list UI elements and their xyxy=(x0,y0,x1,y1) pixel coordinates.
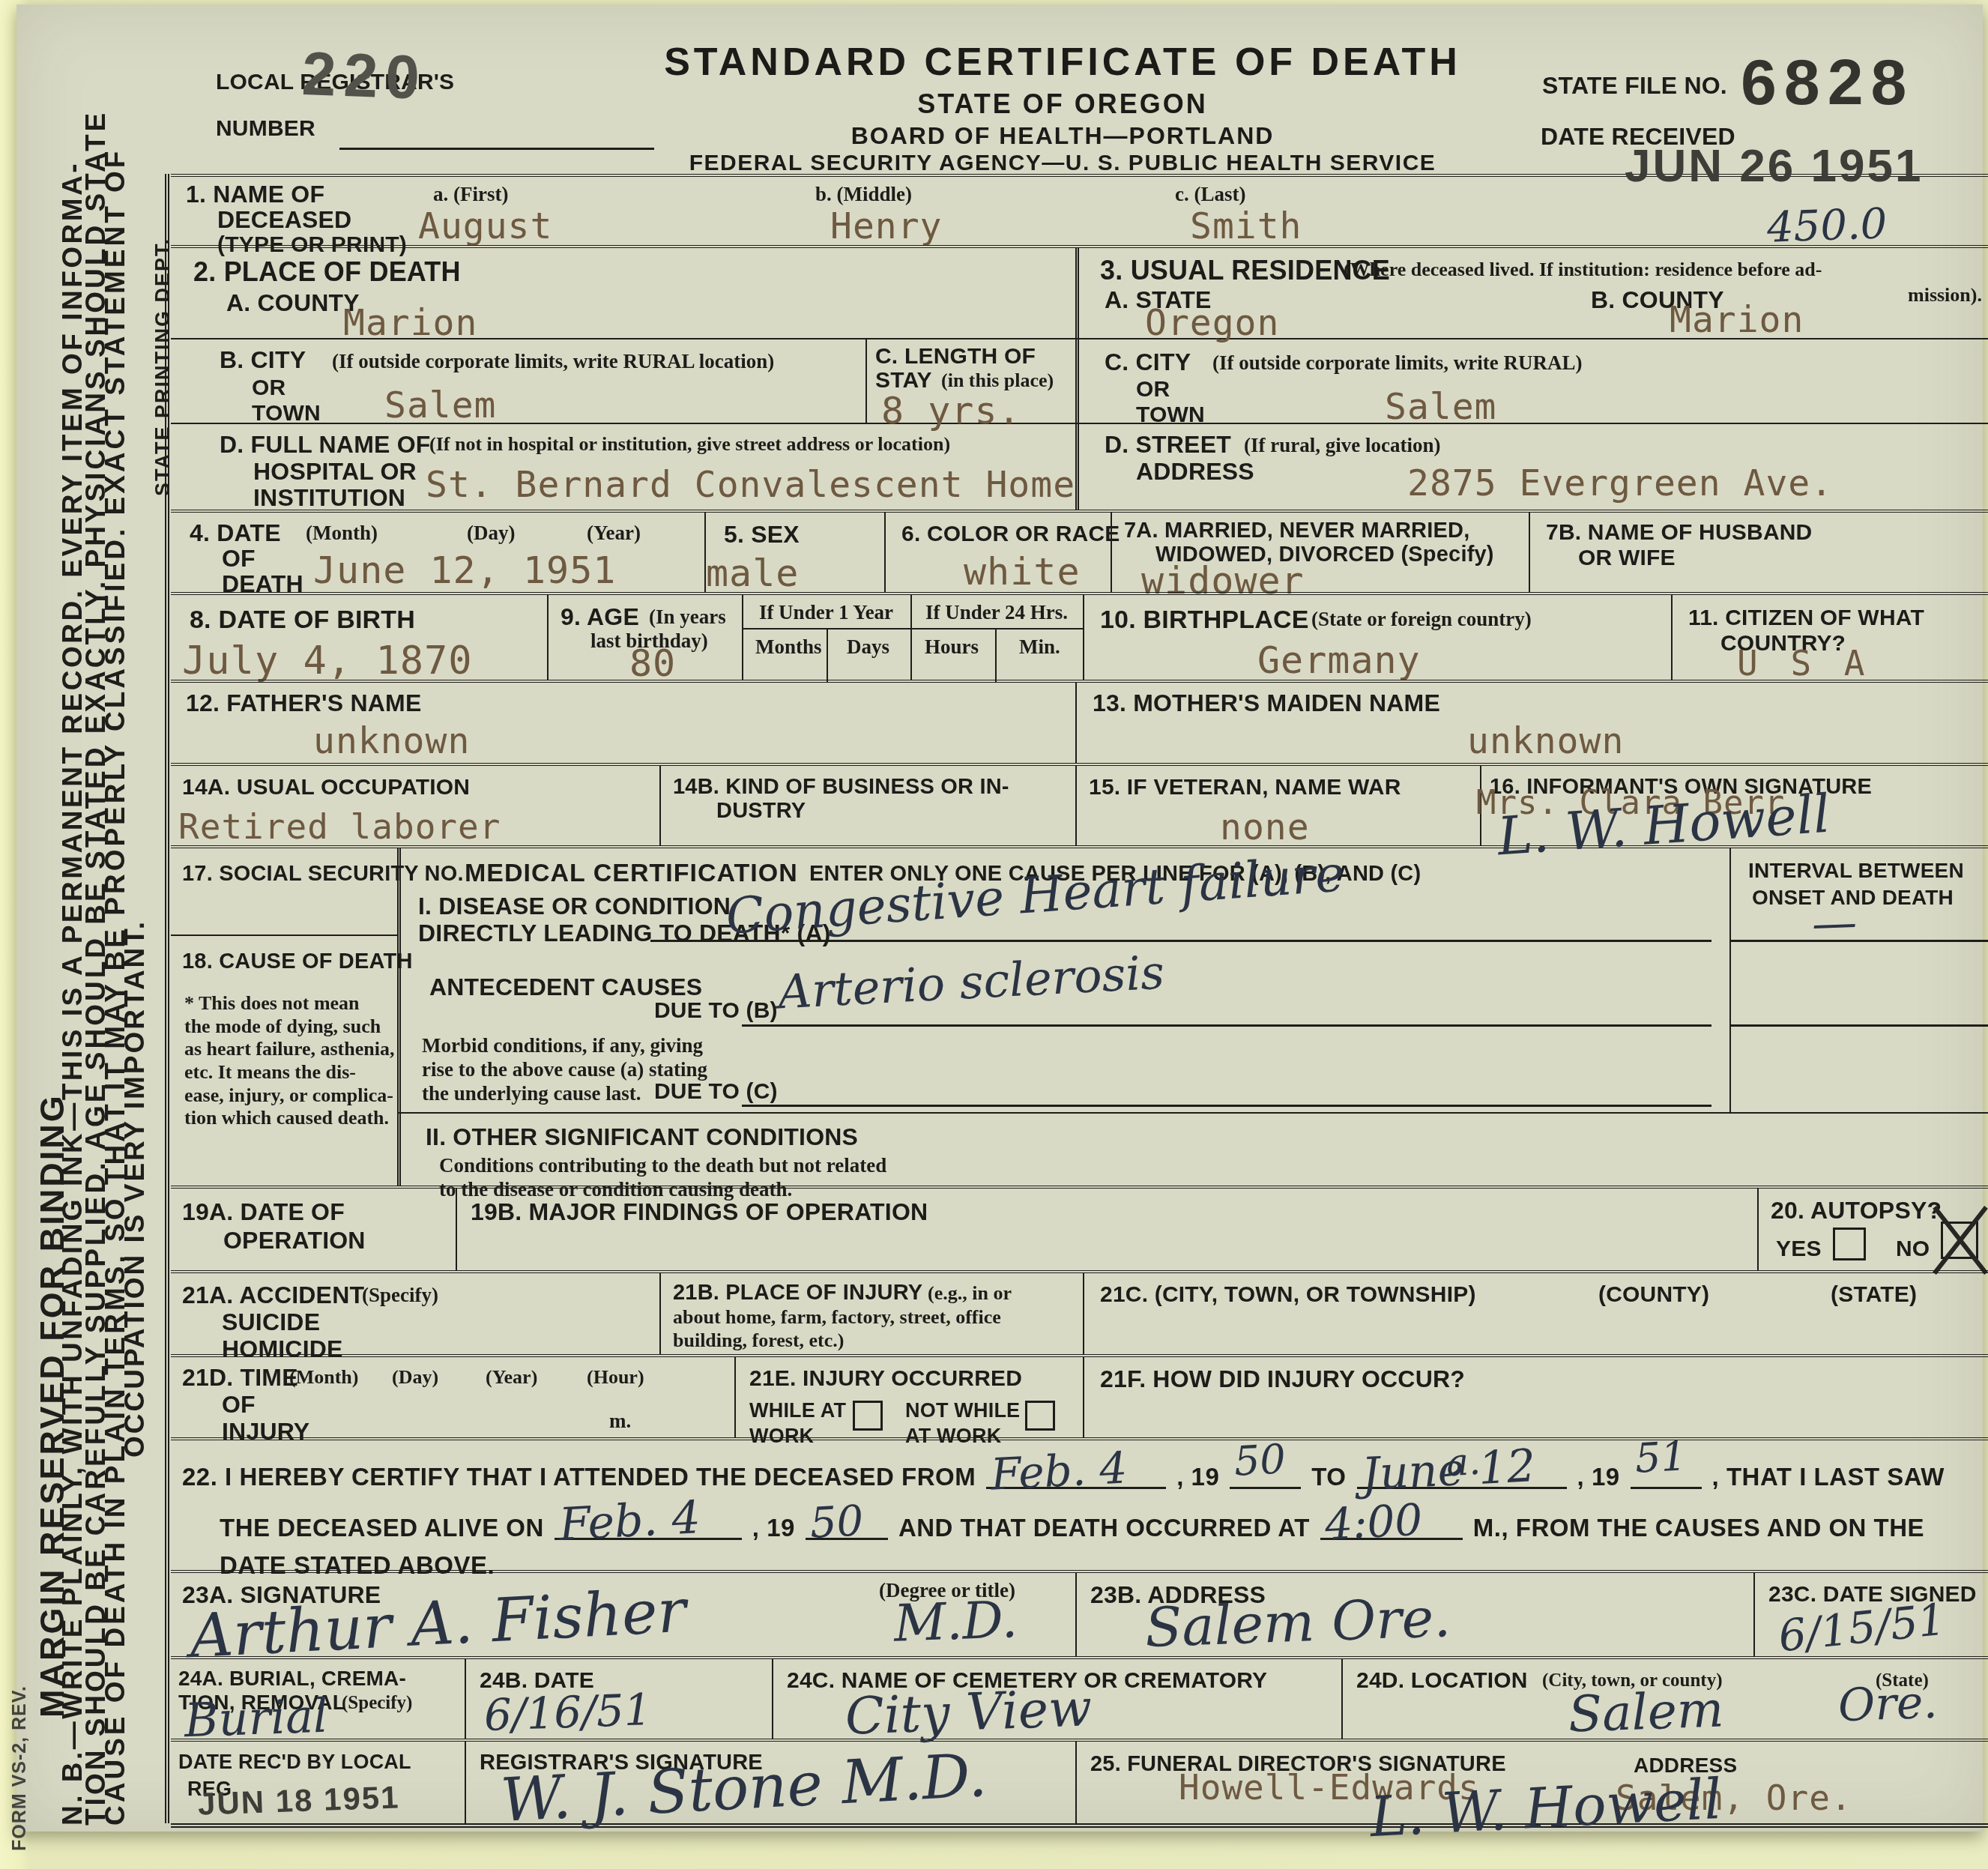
certify-line-1: 22. I HEREBY CERTIFY THAT I ATTENDED THE… xyxy=(182,1455,1945,1489)
injury-place-label: 21B. PLACE OF INJURY xyxy=(673,1281,922,1305)
margin-note-4: OCCUPATION IS VERY IMPORTANT. xyxy=(119,920,151,1458)
state-subtitle: STATE OF OREGON xyxy=(561,91,1565,118)
last-name-value: Smith xyxy=(1190,208,1302,244)
ssn-label: 17. SOCIAL SECURITY NO. xyxy=(182,862,464,886)
birthplace-hint: (State or foreign country) xyxy=(1311,608,1532,632)
injury-hour-hint: (Hour) xyxy=(587,1366,644,1389)
number-label: NUMBER xyxy=(216,116,315,142)
death-city-value: Salem xyxy=(384,387,497,423)
row-registrar-funeral: DATE REC'D BY LOCAL REG. JUN 18 1951 REG… xyxy=(171,1739,1988,1823)
divider-registrar-funeral xyxy=(1075,1742,1077,1823)
death-city-or: OR xyxy=(252,375,285,401)
burial-location-label: 24D. LOCATION xyxy=(1356,1668,1528,1694)
injury-county-label: (COUNTY) xyxy=(1598,1282,1709,1308)
certify-text-8: AND THAT DEATH OCCURRED AT xyxy=(898,1515,1310,1540)
race-value: white xyxy=(964,553,1081,591)
residence-city-or: OR xyxy=(1136,377,1170,402)
burial-specify-hint: (Specify) xyxy=(342,1692,412,1715)
first-name-hint: a. (First) xyxy=(433,183,508,207)
physician-address-value: Salem Ore. xyxy=(1144,1590,1451,1655)
death-date-value: June 12, 1951 xyxy=(313,552,616,589)
form-left-rule xyxy=(165,174,169,1823)
operation-findings-label: 19B. MAJOR FINDINGS OF OPERATION xyxy=(471,1199,928,1226)
divider-8-9 xyxy=(547,595,549,680)
institution-hint: (If not in hospital or institution, give… xyxy=(429,433,950,456)
row-burial: 24A. BURIAL, CREMA- TION, REMOVAL (Speci… xyxy=(171,1656,1988,1739)
alive-year-value: 50 xyxy=(809,1500,864,1545)
death-date-year-hint: (Year) xyxy=(587,522,641,546)
certify-text-2: , 19 xyxy=(1176,1464,1219,1489)
street-hint: (If rural, give location) xyxy=(1244,434,1440,458)
certify-text-5: , THAT I LAST SAW xyxy=(1712,1464,1945,1489)
row-parents: 12. FATHER'S NAME unknown 13. MOTHER'S M… xyxy=(171,680,1988,763)
veteran-label: 15. IF VETERAN, NAME WAR xyxy=(1089,775,1401,800)
divider-24a-24b xyxy=(465,1659,466,1739)
divider-u24-10 xyxy=(1083,595,1084,680)
certify-text-4: , 19 xyxy=(1577,1464,1620,1489)
accident-label-1: 21A. ACCIDENT xyxy=(182,1282,364,1309)
death-date-label-1: 4. DATE xyxy=(190,520,281,547)
name-label-1: 1. NAME OF xyxy=(186,181,324,208)
stay-value: 8 yrs. xyxy=(881,392,1021,429)
due-to-b-label: DUE TO (B) xyxy=(654,998,778,1024)
header-band: LOCAL REGISTRAR'S NUMBER 220 STANDARD CE… xyxy=(171,41,1988,174)
not-while-label: NOT WHILE xyxy=(905,1399,1020,1422)
row-certification-statement: 22. I HEREBY CERTIFY THAT I ATTENDED THE… xyxy=(171,1437,1988,1570)
autopsy-no-label: NO xyxy=(1896,1237,1930,1262)
injury-month-hint: (Month) xyxy=(289,1366,358,1389)
cause-of-death-label: 18. CAUSE OF DEATH xyxy=(182,949,413,973)
burial-value: Burial xyxy=(184,1693,329,1745)
row-death-date-sex-race: 4. DATE (Month) (Day) (Year) OF DEATH Ju… xyxy=(171,510,1988,592)
cemetery-value: City View xyxy=(845,1683,1093,1742)
to-year-blank: 51 xyxy=(1631,1455,1702,1489)
death-date-month-hint: (Month) xyxy=(306,522,378,546)
divider-24b-24c xyxy=(772,1659,773,1739)
street-value: 2875 Evergreen Ave. xyxy=(1407,465,1833,501)
cause-of-death-note: * This does not mean the mode of dying, … xyxy=(184,992,394,1130)
business-label-1: 14B. KIND OF BUSINESS OR IN- xyxy=(673,775,1009,799)
death-county-value: Marion xyxy=(343,305,477,341)
divider-other-conditions xyxy=(397,1112,1988,1114)
alive-on-value: Feb. 4 xyxy=(558,1495,701,1548)
divider-7a-7b xyxy=(1529,513,1530,592)
cause-c-underline xyxy=(742,1105,1711,1107)
age-value: 80 xyxy=(629,644,676,682)
operation-date-label-1: 19A. DATE OF xyxy=(182,1199,345,1226)
divider-19a-19b xyxy=(456,1189,457,1270)
burial-state-value: Ore. xyxy=(1837,1680,1938,1729)
veteran-value: none xyxy=(1220,809,1310,845)
death-certificate-scan: FORM VS-2, REV. MARGIN RESERVED FOR BIND… xyxy=(0,0,1988,1869)
certificate-form: LOCAL REGISTRAR'S NUMBER 220 STANDARD CE… xyxy=(171,41,1988,1823)
street-label-2: ADDRESS xyxy=(1136,459,1254,486)
date-recd-stamp: JUN 18 1951 xyxy=(197,1781,400,1820)
injury-city-label: 21C. (CITY, TOWN, OR TOWNSHIP) xyxy=(1100,1282,1476,1308)
row-accident-place: 21A. ACCIDENT (Specify) SUICIDE HOMICIDE… xyxy=(171,1270,1988,1354)
interval-b-line xyxy=(1729,1024,1988,1027)
certify-text-6: THE DECEASED ALIVE ON xyxy=(220,1515,544,1540)
institution-label-3: INSTITUTION xyxy=(253,485,405,512)
business-label-2: DUSTRY xyxy=(716,799,806,823)
birthplace-value: Germany xyxy=(1257,641,1421,679)
operation-date-label-2: OPERATION xyxy=(223,1228,366,1254)
first-name-value: August xyxy=(418,208,552,244)
institution-label-2: HOSPITAL OR xyxy=(253,459,417,486)
certify-line-2: THE DECEASED ALIVE ON Feb. 4 , 19 50 AND… xyxy=(220,1506,1924,1540)
residence-state-value: Oregon xyxy=(1145,305,1279,341)
death-city-hint: (If outside corporate limits, write RURA… xyxy=(332,350,774,374)
antecedent-label: ANTECEDENT CAUSES xyxy=(429,974,702,1001)
injury-state-label: (STATE) xyxy=(1831,1282,1917,1308)
age-label: 9. AGE xyxy=(561,604,639,631)
state-file-number-stamp: 6828 xyxy=(1741,50,1914,115)
row-physician-signature: 23A. SIGNATURE (Degree or title) Arthur … xyxy=(171,1570,1988,1656)
while-at-work-checkbox xyxy=(853,1401,883,1431)
divider-21a-21b xyxy=(659,1273,661,1354)
under-boxes-header-line xyxy=(742,628,1083,629)
date-recd-label-1: DATE REC'D BY LOCAL xyxy=(178,1751,411,1773)
race-label: 6. COLOR OR RACE xyxy=(901,522,1120,547)
interval-a-value: — xyxy=(1811,900,1858,946)
age-hint-1: (In years xyxy=(649,606,726,629)
to-year-value: 51 xyxy=(1634,1436,1687,1479)
physician-degree: M.D. xyxy=(893,1595,1018,1650)
agency-subtitle: FEDERAL SECURITY AGENCY—U. S. PUBLIC HEA… xyxy=(561,152,1565,175)
divider-14a-14b xyxy=(659,766,661,845)
cause-code-annotation: 450.0 xyxy=(1766,203,1888,250)
accident-label-2: SUICIDE xyxy=(222,1309,320,1336)
board-subtitle: BOARD OF HEALTH—PORTLAND xyxy=(561,124,1565,148)
father-label: 12. FATHER'S NAME xyxy=(186,690,421,717)
date-received-stamp: JUN 26 1951 xyxy=(1625,143,1923,190)
injury-meridiem-label: m. xyxy=(609,1410,631,1434)
place-of-death-title: 2. PLACE OF DEATH xyxy=(193,257,461,287)
death-meridiem-value: a. xyxy=(1445,1443,1481,1482)
name-label-2: DECEASED xyxy=(217,207,351,234)
middle-name-hint: b. (Middle) xyxy=(815,183,912,207)
alive-year-blank: 50 xyxy=(806,1506,888,1540)
death-time-value: 4:00 xyxy=(1323,1498,1423,1547)
days-label: Days xyxy=(847,635,889,659)
section-medical-certification: 17. SOCIAL SECURITY NO. 18. CAUSE OF DEA… xyxy=(171,845,1988,1186)
margin-form-number: FORM VS-2, REV. xyxy=(9,1685,31,1851)
accident-specify-hint: (Specify) xyxy=(362,1284,438,1308)
death-city-town: TOWN xyxy=(252,401,321,426)
institution-label-1: D. FULL NAME OF xyxy=(220,432,431,459)
certificate-title: STANDARD CERTIFICATE OF DEATH xyxy=(561,43,1565,82)
residence-city-hint: (If outside corporate limits, write RURA… xyxy=(1212,351,1582,375)
divider-10-11 xyxy=(1671,595,1673,680)
title-block: STANDARD CERTIFICATE OF DEATH STATE OF O… xyxy=(561,41,1565,174)
residence-city-value: Salem xyxy=(1385,389,1497,425)
birthplace-label: 10. BIRTHPLACE xyxy=(1100,606,1309,634)
injury-year-hint: (Year) xyxy=(486,1366,537,1389)
injury-time-label-1: 21D. TIME xyxy=(182,1365,298,1392)
autopsy-label: 20. AUTOPSY? xyxy=(1771,1198,1942,1225)
death-county-label: A. COUNTY xyxy=(226,290,360,317)
divider-5-6 xyxy=(884,513,886,592)
months-label: Months xyxy=(755,635,822,659)
burial-city-value: Salem xyxy=(1568,1685,1725,1739)
how-injury-label: 21F. HOW DID INJURY OCCUR? xyxy=(1100,1366,1465,1393)
medical-certification-title: MEDICAL CERTIFICATION xyxy=(465,859,798,887)
injury-day-hint: (Day) xyxy=(392,1366,438,1389)
cause-b-value: Arterio sclerosis xyxy=(777,949,1166,1016)
state-file-label: STATE FILE NO. xyxy=(1542,73,1727,100)
usual-residence-hint-1: (Where deceased lived. If institution: r… xyxy=(1344,259,1822,282)
hours-label: Hours xyxy=(925,635,979,659)
row-place-and-residence: 2. PLACE OF DEATH A. COUNTY Marion B. CI… xyxy=(171,245,1988,510)
residence-city-label: C. CITY xyxy=(1105,349,1191,376)
interval-a-line xyxy=(1729,940,1988,942)
institution-value: St. Bernard Convalescent Home xyxy=(426,467,1075,503)
divider-place-residence xyxy=(1075,248,1079,510)
alive-on-blank: Feb. 4 xyxy=(555,1506,742,1540)
under-1-year-header: If Under 1 Year xyxy=(742,601,910,625)
from-year-blank: 50 xyxy=(1230,1455,1301,1489)
last-name-hint: c. (Last) xyxy=(1175,183,1245,207)
sex-label: 5. SEX xyxy=(724,522,800,549)
autopsy-yes-label: YES xyxy=(1776,1237,1822,1262)
death-date-label-2: OF xyxy=(222,546,256,573)
while-at-label: WHILE AT xyxy=(749,1399,846,1422)
certify-text-7: , 19 xyxy=(752,1515,795,1540)
mother-value: unknown xyxy=(1467,723,1624,759)
under-24-header: If Under 24 Hrs. xyxy=(910,601,1083,625)
injury-place-hint-2: about home, farm, factory, street, offic… xyxy=(673,1306,1001,1352)
not-while-at-work-checkbox xyxy=(1025,1401,1055,1431)
divider-12-13 xyxy=(1075,683,1077,763)
birth-date-value: July 4, 1870 xyxy=(182,641,473,680)
divider-14b-15 xyxy=(1075,766,1077,845)
death-date-day-hint: (Day) xyxy=(467,522,515,546)
certify-text-1: 22. I HEREBY CERTIFY THAT I ATTENDED THE… xyxy=(182,1464,976,1489)
row-operation-autopsy: 19A. DATE OF OPERATION 19B. MAJOR FINDIN… xyxy=(171,1186,1988,1270)
mother-label: 13. MOTHER'S MAIDEN NAME xyxy=(1093,690,1440,717)
other-conditions-title: II. OTHER SIGNIFICANT CONDITIONS xyxy=(426,1124,858,1151)
citizen-value: U S A xyxy=(1737,646,1870,680)
divider-recd-registrar xyxy=(465,1742,466,1823)
middle-name-value: Henry xyxy=(830,208,943,244)
attended-from-value: Feb. 4 xyxy=(990,1446,1129,1496)
funeral-director-signature: L. W. Howell xyxy=(1368,1772,1723,1845)
burial-date-value: 6/16/51 xyxy=(483,1688,652,1737)
due-to-c-label: DUE TO (C) xyxy=(654,1079,778,1105)
injury-time-label-2: OF xyxy=(222,1392,256,1419)
injury-occurred-label: 21E. INJURY OCCURRED xyxy=(749,1366,1022,1392)
father-value: unknown xyxy=(313,723,470,759)
divider-21e-21f xyxy=(1083,1357,1084,1437)
from-year-value: 50 xyxy=(1233,1439,1287,1482)
sex-value: male xyxy=(706,555,799,592)
occupation-value: Retired laborer xyxy=(178,809,501,844)
divider-19b-20 xyxy=(1757,1189,1759,1270)
residence-county-value: Marion xyxy=(1670,302,1804,338)
death-time-blank: 4:00 a. xyxy=(1320,1506,1463,1540)
birth-date-label: 8. DATE OF BIRTH xyxy=(190,606,415,634)
residence-city-town: TOWN xyxy=(1136,402,1205,428)
street-label-1: D. STREET xyxy=(1105,432,1231,459)
marital-label-1: 7A. MARRIED, NEVER MARRIED, xyxy=(1124,519,1469,543)
occupation-label: 14A. USUAL OCCUPATION xyxy=(182,775,470,800)
divider-21d-21e xyxy=(734,1357,736,1437)
divider-23a-23b xyxy=(1075,1573,1077,1656)
row-birth-age-birthplace: 8. DATE OF BIRTH July 4, 1870 9. AGE (In… xyxy=(171,592,1988,680)
injury-place-hint-1: (e.g., in or xyxy=(928,1282,1012,1305)
divider-months-days xyxy=(827,628,828,683)
divider-24c-24d xyxy=(1341,1659,1343,1739)
certify-text-3: TO xyxy=(1311,1464,1346,1489)
citizen-label-1: 11. CITIZEN OF WHAT xyxy=(1688,606,1924,631)
divider-17-medical xyxy=(397,848,401,1186)
autopsy-yes-checkbox xyxy=(1833,1228,1866,1260)
usual-residence-hint-2: mission). xyxy=(1908,284,1982,307)
divider-medical-interval xyxy=(1729,848,1731,1112)
stay-label-1: C. LENGTH OF xyxy=(875,344,1036,369)
disease-label-1: I. DISEASE OR CONDITION xyxy=(418,893,731,920)
divider-21b-21c xyxy=(1083,1273,1084,1354)
divider-hours-min xyxy=(995,628,997,683)
certify-text-9: M., FROM THE CAUSES AND ON THE xyxy=(1473,1515,1924,1540)
cause-b-underline xyxy=(742,1024,1711,1027)
registrar-number-stamp: 220 xyxy=(301,43,429,109)
interval-label-1: INTERVAL BETWEEN xyxy=(1748,859,1964,882)
divider-city-stay xyxy=(865,338,867,423)
row-occupation-informant: 14A. USUAL OCCUPATION Retired laborer 14… xyxy=(171,763,1988,845)
death-city-label: B. CITY xyxy=(220,347,306,374)
divider-23b-23c xyxy=(1753,1573,1755,1656)
spouse-label-2: OR WIFE xyxy=(1578,546,1676,571)
attended-from-blank: Feb. 4 xyxy=(986,1455,1166,1489)
spouse-label-1: 7B. NAME OF HUSBAND xyxy=(1546,520,1812,546)
divider-17-18 xyxy=(171,934,397,936)
row-injury-time: 21D. TIME (Month) (Day) (Year) (Hour) OF… xyxy=(171,1354,1988,1437)
min-label: Min. xyxy=(1019,635,1060,659)
